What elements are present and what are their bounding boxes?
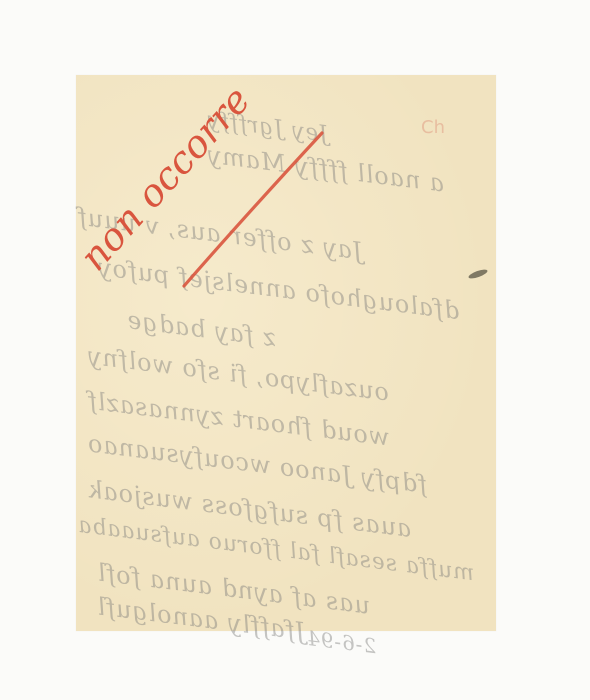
red-underline bbox=[76, 75, 496, 631]
letter-paper: Ch Jey Jgrfffy a naoll ffffy Mamy Jay z … bbox=[76, 75, 496, 631]
